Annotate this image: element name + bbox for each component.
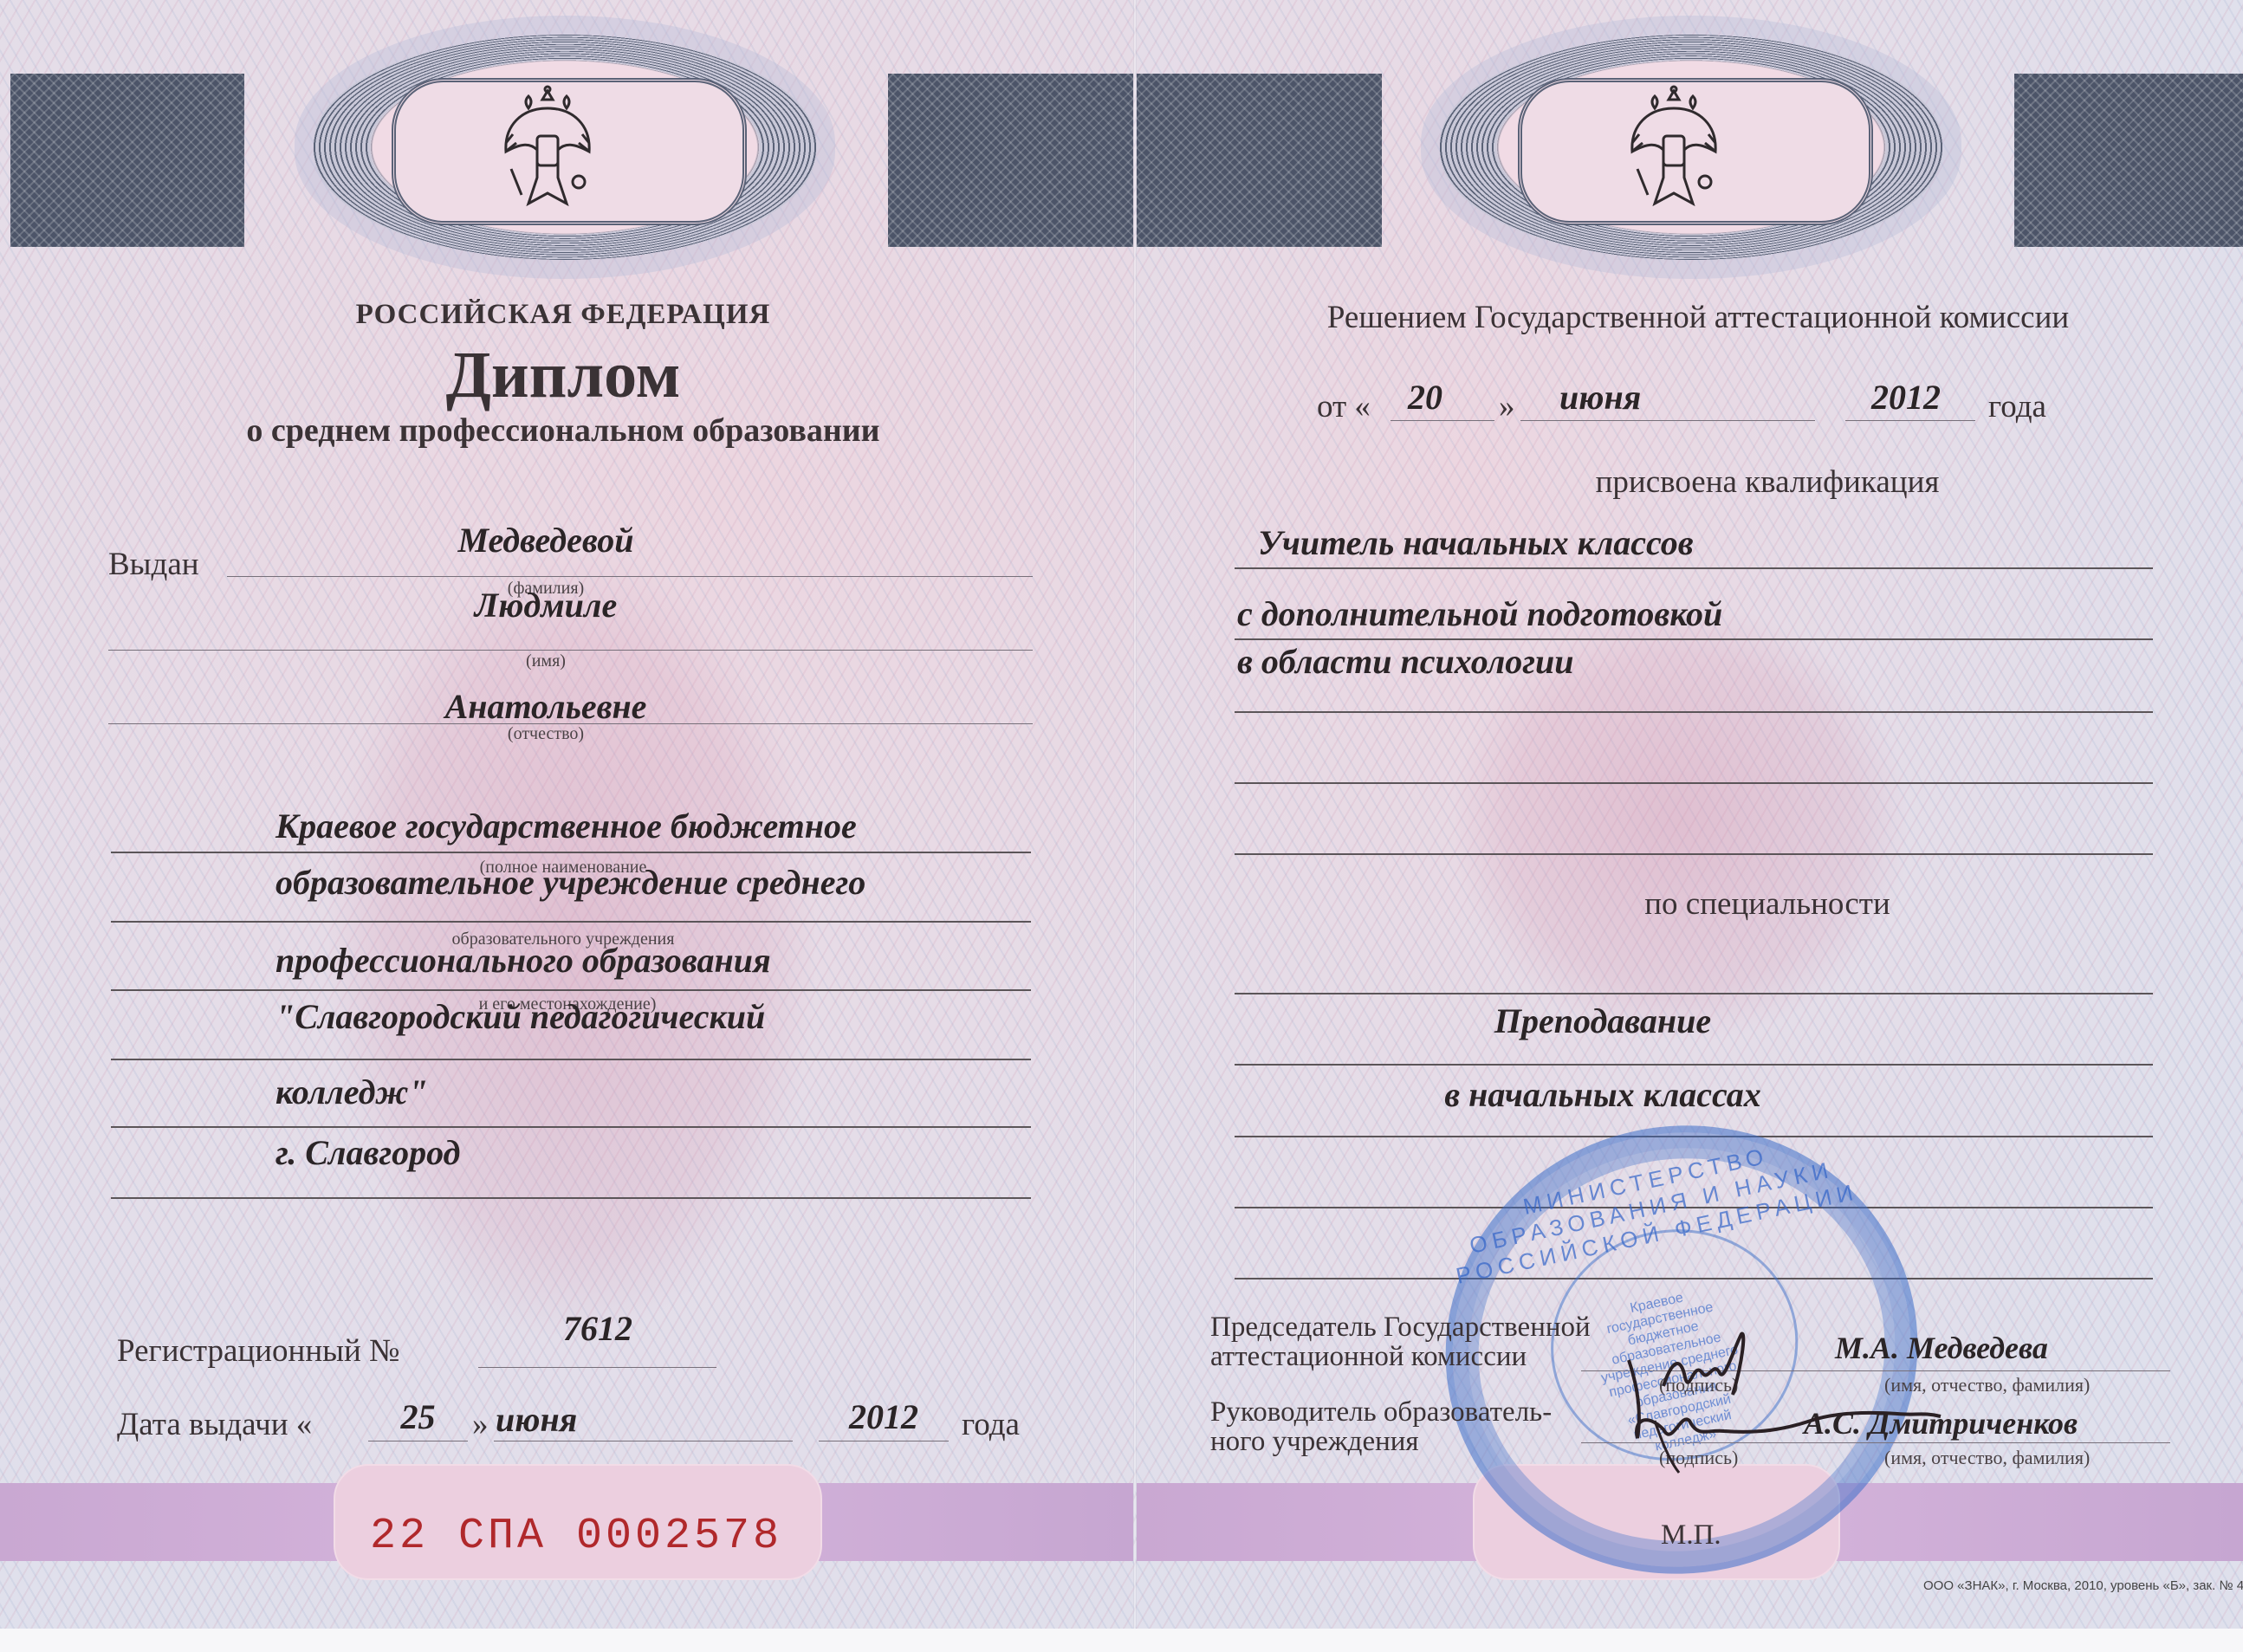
country-heading: РОССИЙСКАЯ ФЕДЕРАЦИЯ — [217, 299, 910, 331]
patronymic-caption: (отчество) — [459, 724, 632, 744]
decision-month: июня — [1559, 377, 1641, 418]
issue-quote-close: » — [472, 1406, 489, 1443]
institution-rule-4 — [111, 1059, 1031, 1060]
decision-month-line — [1520, 420, 1815, 421]
serial-number: 22 СПА 0002578 — [334, 1512, 819, 1561]
institution-location: г. Славгород — [276, 1132, 460, 1173]
institution-line-2: образовательное учреждение среднего — [276, 862, 865, 903]
double-headed-eagle-icon — [496, 82, 600, 212]
chair-label-line-1: Председатель Государственной — [1210, 1312, 1591, 1342]
issue-date-label: Дата выдачи « — [117, 1406, 312, 1443]
document-title: Диплом — [217, 338, 910, 413]
qualification-rule-5 — [1235, 853, 2153, 855]
institution-line-1: Краевое государственное бюджетное — [276, 806, 857, 846]
double-headed-eagle-icon — [1622, 82, 1726, 212]
qualification-rule-1 — [1235, 567, 2153, 569]
head-label-line-2: ного учреждения — [1210, 1427, 1419, 1456]
surname-line — [227, 576, 1033, 577]
issue-year-line — [819, 1441, 949, 1441]
specialty-rule-2 — [1235, 1064, 2153, 1066]
header-band-left-a — [10, 74, 244, 247]
qualification-rule-4 — [1235, 782, 2153, 784]
decision-day: 20 — [1391, 377, 1460, 418]
specialty-line-1: Преподавание — [1386, 1001, 1819, 1041]
specialty-line-2: в начальных классах — [1343, 1074, 1863, 1115]
institution-line-3: профессионального образования — [276, 940, 771, 981]
institution-rule-3 — [111, 989, 1031, 991]
issue-day-line — [368, 1441, 468, 1441]
holder-first-name: Людмиле — [390, 585, 702, 625]
header-band-right-b — [2014, 74, 2243, 247]
chair-label-line-2: аттестационной комиссии — [1210, 1342, 1527, 1371]
decision-quote-close: » — [1499, 388, 1515, 425]
registration-label: Регистрационный № — [117, 1332, 399, 1370]
qualification-line-2: с дополнительной подготовкой — [1237, 593, 1722, 634]
registration-line — [478, 1367, 716, 1368]
institution-line-4: "Славгородский педагогический — [276, 996, 765, 1037]
institution-line-5: колледж" — [276, 1072, 428, 1112]
specialty-label: по специальности — [1378, 885, 2157, 923]
decision-text: Решением Государственной аттестационной … — [1204, 299, 2192, 336]
issue-year: 2012 — [819, 1396, 949, 1437]
issue-day: 25 — [373, 1396, 464, 1437]
head-signature — [1611, 1351, 1958, 1481]
first-name-caption: (имя) — [459, 651, 632, 671]
institution-rule-6 — [111, 1197, 1031, 1199]
qualification-rule-3 — [1235, 711, 2153, 713]
header-band-left-b — [888, 74, 1133, 247]
issue-month: июня — [496, 1399, 577, 1440]
holder-patronymic: Анатольевне — [364, 686, 728, 727]
issued-to-label: Выдан — [108, 546, 199, 583]
institution-rule-5 — [111, 1126, 1031, 1128]
qualification-line-1: Учитель начальных классов — [1258, 522, 1694, 563]
document-subtitle: о среднем профессиональном образовании — [87, 411, 1040, 450]
institution-rule-2 — [111, 921, 1031, 923]
decision-day-line — [1391, 420, 1494, 421]
decision-date-prefix: от « — [1317, 388, 1371, 425]
issue-month-line — [494, 1441, 793, 1441]
seal-place-label: М.П. — [1661, 1520, 1721, 1550]
decision-year: 2012 — [1845, 377, 1967, 418]
issue-year-suffix: года — [962, 1406, 1020, 1443]
registration-number: 7612 — [511, 1308, 684, 1349]
holder-surname: Медведевой — [390, 520, 702, 560]
qualification-label: присвоена квалификация — [1378, 463, 2157, 501]
qualification-rule-2 — [1235, 638, 2153, 640]
first-name-line — [108, 650, 1033, 651]
header-band-right-a — [1137, 74, 1382, 247]
head-label-line-1: Руководитель образователь- — [1210, 1397, 1552, 1427]
scan-margin — [0, 1629, 2243, 1652]
printer-info: ООО «ЗНАК», г. Москва, 2010, уровень «Б»… — [1923, 1578, 2243, 1593]
decision-year-line — [1845, 420, 1975, 421]
institution-rule-1 — [111, 852, 1031, 853]
specialty-rule-1 — [1235, 993, 2153, 994]
qualification-line-3: в области психологии — [1237, 641, 1574, 682]
decision-year-suffix: года — [1988, 388, 2046, 425]
